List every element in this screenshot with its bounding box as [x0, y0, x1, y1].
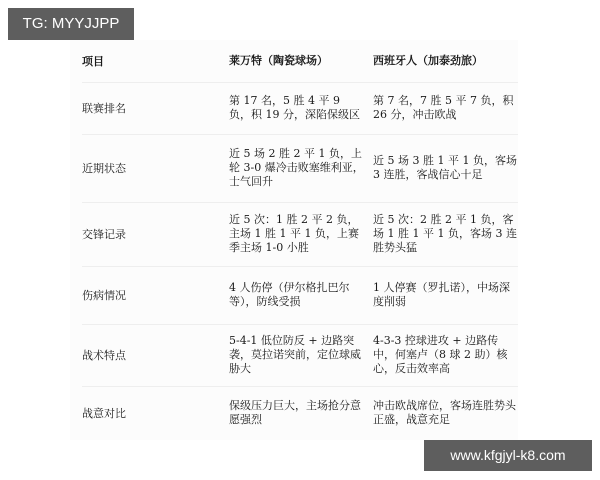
row-levante: 4 人伤停（伊尔格扎巴尔等），防线受损: [229, 266, 365, 324]
row-item: 战意对比: [82, 386, 222, 440]
row-espanyol: 近 5 场 3 胜 1 平 1 负，客场 3 连胜，客战信心十足: [373, 134, 518, 202]
table-header-row: 项目 莱万特（陶瓷球场） 西班牙人（加泰劲旅）: [70, 40, 518, 82]
row-espanyol: 第 7 名，7 胜 5 平 7 负，积 26 分，冲击欧战: [373, 82, 518, 134]
row-item: 战术特点: [82, 324, 222, 386]
table-row: 伤病情况 4 人伤停（伊尔格扎巴尔等），防线受损 1 人停赛（罗扎诺），中场深度…: [70, 266, 518, 324]
comparison-table: 项目 莱万特（陶瓷球场） 西班牙人（加泰劲旅） 联赛排名 第 17 名，5 胜 …: [70, 40, 518, 440]
row-espanyol: 近 5 次：2 胜 2 平 1 负，客场 1 胜 1 平 1 负，客场 3 连胜…: [373, 202, 518, 266]
row-levante: 5-4-1 低位防反 + 边路突袭，莫拉诺突前，定位球威胁大: [229, 324, 365, 386]
header-espanyol: 西班牙人（加泰劲旅）: [373, 40, 518, 82]
row-levante: 第 17 名，5 胜 4 平 9 负，积 19 分，深陷保级区: [229, 82, 365, 134]
row-item: 交锋记录: [82, 202, 222, 266]
table-row: 战术特点 5-4-1 低位防反 + 边路突袭，莫拉诺突前，定位球威胁大 4-3-…: [70, 324, 518, 386]
table-row: 联赛排名 第 17 名，5 胜 4 平 9 负，积 19 分，深陷保级区 第 7…: [70, 82, 518, 134]
table-row: 战意对比 保级压力巨大，主场抢分意愿强烈 冲击欧战席位，客场连胜势头正盛，战意充…: [70, 386, 518, 440]
header-levante: 莱万特（陶瓷球场）: [229, 40, 365, 82]
row-espanyol: 4-3-3 控球进攻 + 边路传中，何塞卢（8 球 2 助）核心，反击效率高: [373, 324, 518, 386]
row-levante: 近 5 场 2 胜 2 平 1 负，上轮 3-0 爆冷击败塞维利亚，士气回升: [229, 134, 365, 202]
row-levante: 近 5 次：1 胜 2 平 2 负，主场 1 胜 1 平 1 负，上赛季主场 1…: [229, 202, 365, 266]
watermark-bottom: www.kfgjyl-k8.com: [424, 440, 592, 471]
row-espanyol: 冲击欧战席位，客场连胜势头正盛，战意充足: [373, 386, 518, 440]
table-row: 近期状态 近 5 场 2 胜 2 平 1 负，上轮 3-0 爆冷击败塞维利亚，士…: [70, 134, 518, 202]
row-item: 近期状态: [82, 134, 222, 202]
row-levante: 保级压力巨大，主场抢分意愿强烈: [229, 386, 365, 440]
row-espanyol: 1 人停赛（罗扎诺），中场深度削弱: [373, 266, 518, 324]
table-row: 交锋记录 近 5 次：1 胜 2 平 2 负，主场 1 胜 1 平 1 负，上赛…: [70, 202, 518, 266]
row-item: 联赛排名: [82, 82, 222, 134]
header-item: 项目: [82, 40, 222, 82]
row-item: 伤病情况: [82, 266, 222, 324]
watermark-top: TG: MYYJJPP: [8, 8, 134, 40]
